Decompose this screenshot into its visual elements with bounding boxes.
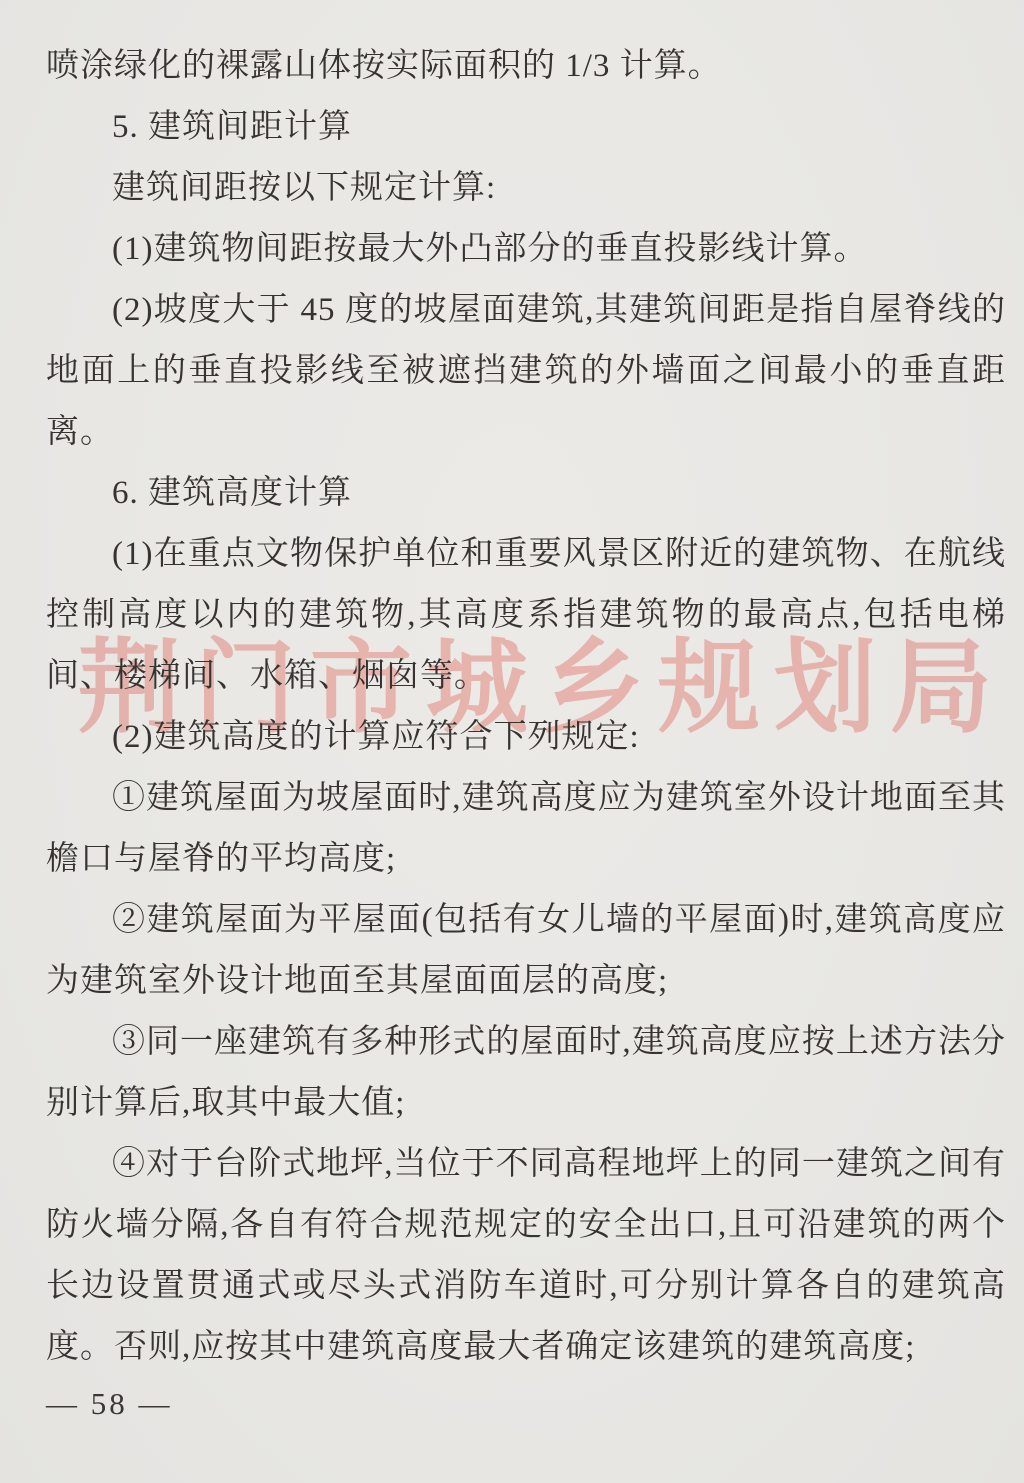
document-body: 喷涂绿化的裸露山体按实际面积的 1/3 计算。 5. 建筑间距计算 建筑间距按以… [46, 36, 1006, 1378]
scanned-document-page: 荆门市城乡规划局 喷涂绿化的裸露山体按实际面积的 1/3 计算。 5. 建筑间距… [0, 0, 1024, 1483]
section-5-item-1: (1)建筑物间距按最大外凸部分的垂直投影线计算。 [46, 219, 1006, 280]
section-6-subitem-circle-2: ②建筑屋面为平屋面(包括有女儿墙的平屋面)时,建筑高度应为建筑室外设计地面至其屋… [46, 890, 1006, 1012]
section-6-item-1: (1)在重点文物保护单位和重要风景区附近的建筑物、在航线控制高度以内的建筑物,其… [46, 524, 1006, 707]
section-6-item-2: (2)建筑高度的计算应符合下列规定: [46, 707, 1006, 768]
section-5-intro: 建筑间距按以下规定计算: [46, 158, 1006, 219]
section-5-heading: 5. 建筑间距计算 [46, 97, 1006, 158]
section-6-subitem-circle-4: ④对于台阶式地坪,当位于不同高程地坪上的同一建筑之间有防火墙分隔,各自有符合规范… [46, 1134, 1006, 1378]
section-6-heading: 6. 建筑高度计算 [46, 463, 1006, 524]
continuation-line: 喷涂绿化的裸露山体按实际面积的 1/3 计算。 [46, 36, 1006, 97]
page-number: — 58 — [46, 1386, 173, 1422]
section-6-subitem-circle-3: ③同一座建筑有多种形式的屋面时,建筑高度应按上述方法分别计算后,取其中最大值; [46, 1012, 1006, 1134]
section-6-subitem-circle-1: ①建筑屋面为坡屋面时,建筑高度应为建筑室外设计地面至其檐口与屋脊的平均高度; [46, 768, 1006, 890]
section-5-item-2: (2)坡度大于 45 度的坡屋面建筑,其建筑间距是指自屋脊线的地面上的垂直投影线… [46, 280, 1006, 463]
